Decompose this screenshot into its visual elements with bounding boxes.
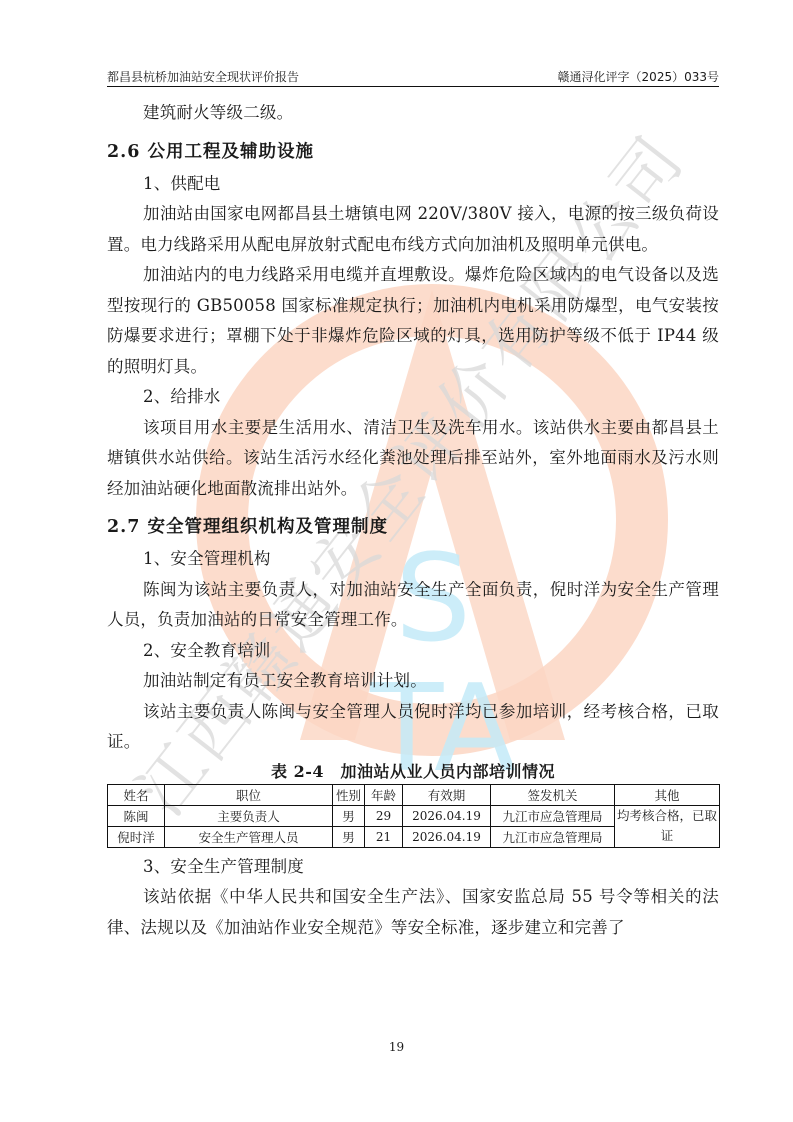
- col-header-name: 姓名: [108, 784, 165, 805]
- cell-validity: 2026.04.19: [403, 826, 491, 847]
- cell-position: 主要负责人: [165, 805, 333, 826]
- cell-gender: 男: [333, 826, 365, 847]
- page-content: 建筑耐火等级二级。 2.6 公用工程及辅助设施 1、供配电 加油站由国家电网都昌…: [107, 98, 719, 943]
- subheading: 2、给排水: [107, 382, 719, 413]
- col-header-age: 年龄: [365, 784, 403, 805]
- paragraph: 该项目用水主要是生活用水、清洁卫生及洗车用水。该站供水主要由都昌县土塘镇供水站供…: [107, 413, 719, 505]
- cell-validity: 2026.04.19: [403, 805, 491, 826]
- paragraph: 该站依据《中华人民共和国安全生产法》、国家安监总局 55 号令等相关的法律、法规…: [107, 882, 719, 943]
- cell-gender: 男: [333, 805, 365, 826]
- cell-age: 21: [365, 826, 403, 847]
- table-caption: 表 2-4 加油站从业人员内部培训情况: [107, 760, 719, 784]
- cell-name: 倪时洋: [108, 826, 165, 847]
- report-title: 都昌县杭桥加油站安全现状评价报告: [107, 68, 299, 85]
- cell-other-merged: 均考核合格，已取证: [615, 805, 720, 847]
- page-header: 都昌县杭桥加油站安全现状评价报告 赣通浔化评字（2025）033号: [107, 67, 719, 87]
- col-header-gender: 性别: [333, 784, 365, 805]
- subheading: 1、供配电: [107, 169, 719, 200]
- section-heading-2-7: 2.7 安全管理组织机构及管理制度: [107, 512, 719, 542]
- paragraph: 该站主要负责人陈闽与安全管理人员倪时洋均已参加培训，经考核合格，已取证。: [107, 697, 719, 758]
- section-heading-2-6: 2.6 公用工程及辅助设施: [107, 137, 719, 167]
- training-table: 姓名 职位 性别 年龄 有效期 签发机关 其他 陈闽 主要负责人 男 29 20…: [107, 784, 720, 848]
- cell-issuer: 九江市应急管理局: [491, 826, 615, 847]
- col-header-position: 职位: [165, 784, 333, 805]
- paragraph: 建筑耐火等级二级。: [107, 98, 719, 129]
- paragraph: 陈闽为该站主要负责人，对加油站安全生产全面负责，倪时洋为安全生产管理人员，负责加…: [107, 575, 719, 636]
- subheading: 3、安全生产管理制度: [107, 852, 719, 883]
- col-header-other: 其他: [615, 784, 720, 805]
- paragraph: 加油站内的电力线路采用电缆并直埋敷设。爆炸危险区域内的电气设备以及选型按现行的 …: [107, 260, 719, 382]
- col-header-issuer: 签发机关: [491, 784, 615, 805]
- table-header-row: 姓名 职位 性别 年龄 有效期 签发机关 其他: [108, 784, 720, 805]
- report-number: 赣通浔化评字（2025）033号: [558, 68, 719, 85]
- page-number: 19: [0, 1040, 793, 1054]
- cell-position: 安全生产管理人员: [165, 826, 333, 847]
- cell-name: 陈闽: [108, 805, 165, 826]
- col-header-validity: 有效期: [403, 784, 491, 805]
- paragraph: 加油站由国家电网都昌县土塘镇电网 220V/380V 接入，电源的按三级负荷设置…: [107, 199, 719, 260]
- cell-age: 29: [365, 805, 403, 826]
- paragraph: 加油站制定有员工安全教育培训计划。: [107, 666, 719, 697]
- subheading: 1、安全管理机构: [107, 544, 719, 575]
- cell-issuer: 九江市应急管理局: [491, 805, 615, 826]
- document-page: 都昌县杭桥加油站安全现状评价报告 赣通浔化评字（2025）033号 建筑耐火等级…: [0, 0, 793, 1122]
- table-row: 陈闽 主要负责人 男 29 2026.04.19 九江市应急管理局 均考核合格，…: [108, 805, 720, 826]
- subheading: 2、安全教育培训: [107, 636, 719, 667]
